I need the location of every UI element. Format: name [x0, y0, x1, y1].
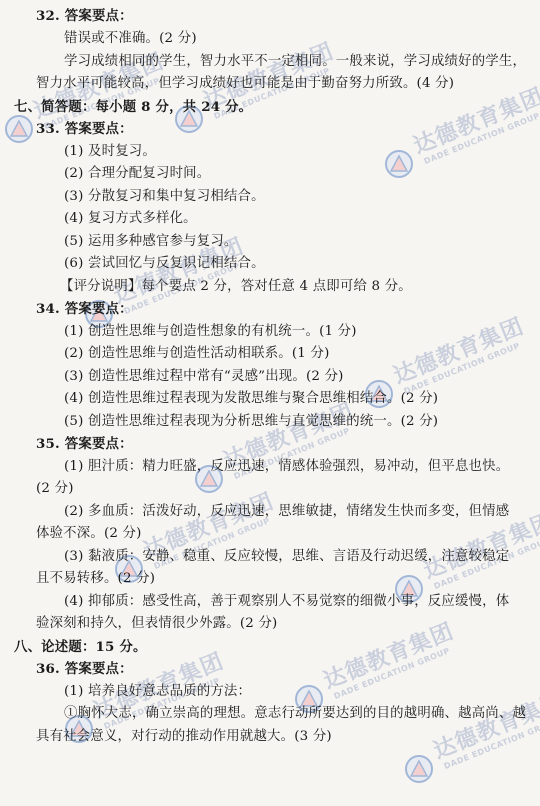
- answer-line: (2) 多血质：活泼好动，反应迅速，思维敏捷，情绪发生快而多变，但情感: [64, 504, 509, 520]
- answer-line: 且不易转移。(2 分): [36, 571, 155, 587]
- section-heading: 34. 答案要点：: [36, 301, 133, 317]
- section-heading: 33. 答案要点：: [36, 121, 133, 137]
- answer-line: (3) 黏液质：安静、稳重、反应较慢，思维、言语及行动迟缓，注意较稳定: [64, 549, 509, 565]
- section-heading: 35. 答案要点：: [36, 436, 133, 452]
- answer-line: (2) 合理分配复习时间。: [64, 166, 210, 182]
- answer-line: (4) 复习方式多样化。: [64, 211, 197, 227]
- answer-line: ①胸怀大志，确立崇高的理想。意志行动所要达到的目的越明确、越高尚、越: [64, 706, 526, 722]
- answer-line: (1) 胆汁质：精力旺盛，反应迅速，情感体验强烈，易冲动，但平息也快。: [64, 459, 509, 475]
- answer-line: 具有社会意义，对行动的推动作用就越大。(3 分): [36, 729, 332, 745]
- answer-line: 错误或不准确。(2 分): [64, 31, 197, 47]
- section-heading: 32. 答案要点：: [36, 8, 133, 24]
- answer-line: (4) 抑郁质：感受性高，善于观察别人不易觉察的细微小事，反应缓慢，体: [64, 594, 509, 610]
- answer-line: 验深刻和持久，但表情很少外露。(2 分): [36, 616, 277, 632]
- answer-key-page: 达德教育集团DADE EDUCATION GROUP达德教育集团DADE EDU…: [0, 0, 540, 806]
- answer-line: (1) 创造性思维与创造性想象的有机统一。(1 分): [64, 324, 357, 340]
- section-heading: 36. 答案要点：: [36, 661, 133, 677]
- section-heading: 八、论述题：15 分。: [14, 639, 147, 655]
- answer-line: (1) 及时复习。: [64, 144, 156, 160]
- answer-line: (3) 分散复习和集中复习相结合。: [64, 189, 265, 205]
- answer-line: 智力水平可能较高，但学习成绩好也可能是由于勤奋努力所致。(4 分): [36, 76, 454, 92]
- answer-line: (3) 创造性思维过程中常有“灵感”出现。(2 分): [64, 369, 344, 385]
- answer-line: (5) 创造性思维过程表现为分析思维与直觉思维的统一。(2 分): [64, 414, 438, 430]
- answer-line: (4) 创造性思维过程表现为发散思维与聚合思维相结合。(2 分): [64, 391, 438, 407]
- answer-line: 【评分说明】每个要点 2 分，答对任意 4 点即可给 8 分。: [60, 279, 412, 295]
- answer-line: (2 分): [36, 481, 74, 497]
- watermark-logo-icon: [4, 114, 34, 144]
- answer-line: (2) 创造性思维与创造性活动相联系。(1 分): [64, 346, 330, 362]
- watermark-logo-icon: [384, 149, 414, 179]
- answer-line: (6) 尝试回忆与反复识记相结合。: [64, 256, 265, 272]
- answer-line: 学习成绩相同的学生，智力水平不一定相同。一般来说，学习成绩好的学生，: [64, 54, 526, 70]
- answer-line: (1) 培养良好意志品质的方法：: [64, 684, 251, 700]
- answer-line: 体验不深。(2 分): [36, 526, 142, 542]
- answer-line: (5) 运用多种感官参与复习。: [64, 234, 238, 250]
- watermark-logo-icon: [404, 754, 434, 784]
- section-heading: 七、简答题：每小题 8 分，共 24 分。: [14, 99, 252, 115]
